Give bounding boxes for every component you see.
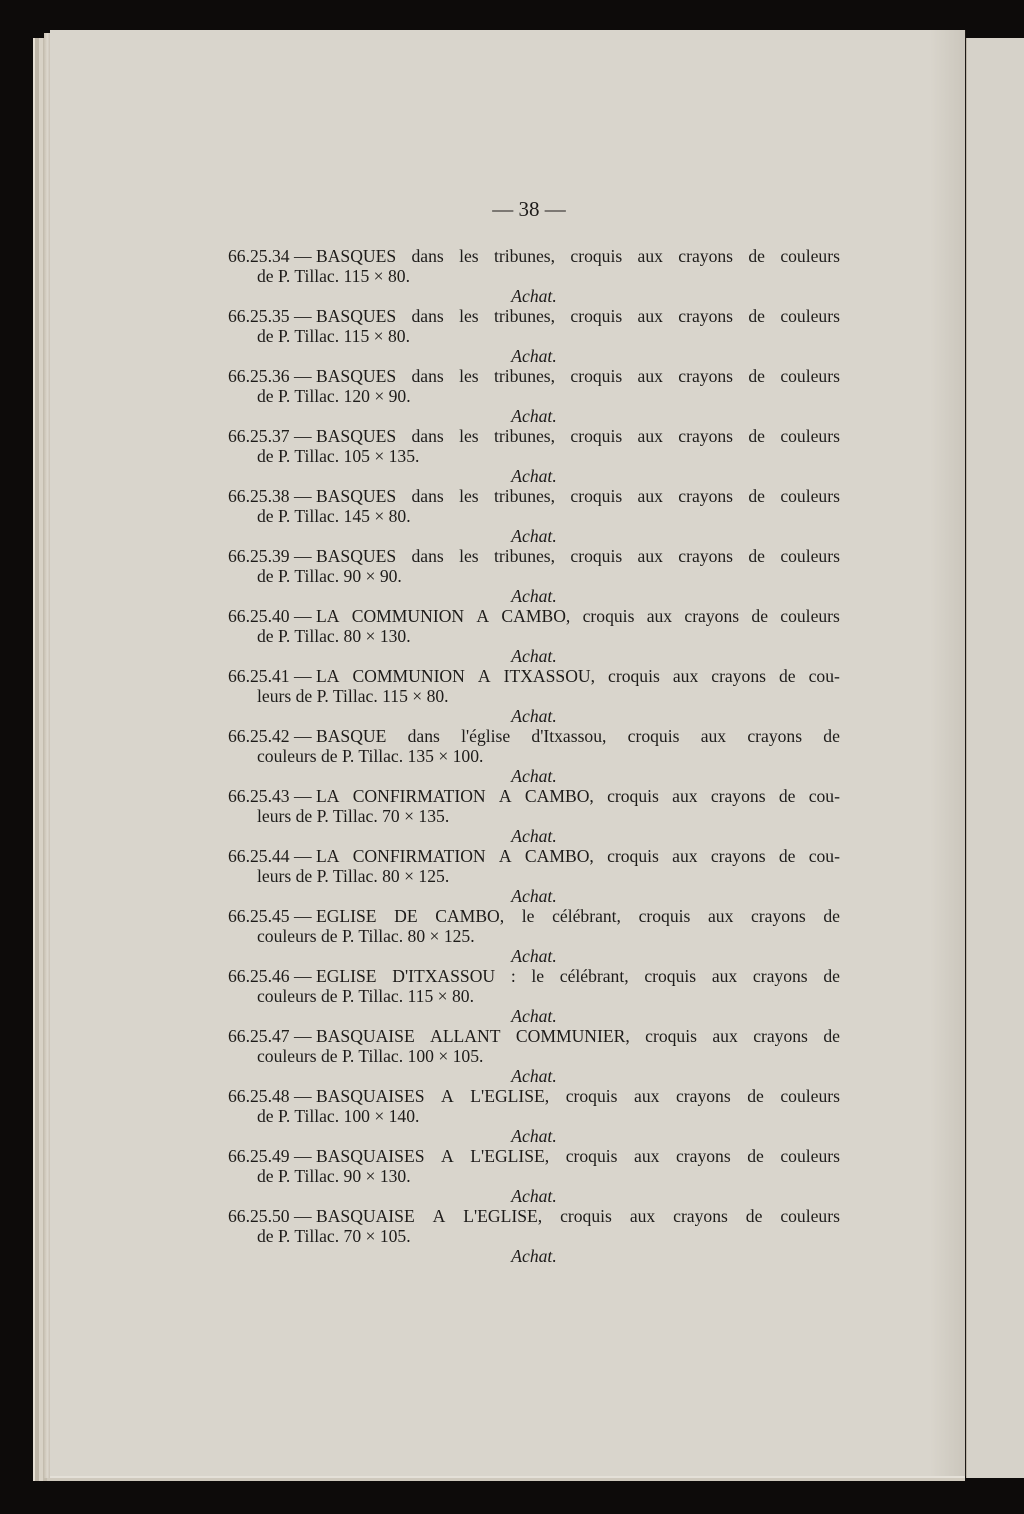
entry-word: couleurs — [780, 546, 840, 566]
entry-word: COMMUNIER, — [516, 1026, 630, 1046]
entry-acquisition: Achat. — [228, 586, 840, 606]
entry-word: tribunes, — [494, 246, 555, 266]
entry-first-line: 66.25.37 — BASQUESdanslestribunes,croqui… — [228, 426, 840, 446]
entry-word: le — [531, 966, 544, 986]
entry-word: croquis — [570, 246, 622, 266]
entry-word: croquis — [570, 426, 622, 446]
entry-word: dans — [411, 546, 443, 566]
entry-word: de — [823, 726, 840, 746]
entry-acquisition: Achat. — [228, 346, 840, 366]
entry-word: cou- — [809, 786, 840, 806]
entry-list: 66.25.34 — BASQUESdanslestribunes,croqui… — [228, 246, 840, 1266]
entry-word: crayons — [678, 486, 733, 506]
entry-word: aux — [712, 1026, 737, 1046]
entry-word: tribunes, — [494, 366, 555, 386]
entry-acquisition: Achat. — [228, 526, 840, 546]
entry-word: célébrant, — [560, 966, 629, 986]
entry-word: dans — [411, 246, 443, 266]
entry-first-line: 66.25.38 — BASQUESdanslestribunes,croqui… — [228, 486, 840, 506]
facing-page-edge — [966, 38, 1024, 1478]
entry-first-line: 66.25.49 — BASQUAISESAL'EGLISE,croquisau… — [228, 1146, 840, 1166]
entry-acquisition: Achat. — [228, 1186, 840, 1206]
entry-word: L'EGLISE, — [463, 1206, 542, 1226]
entry-word: couleurs — [780, 306, 840, 326]
entry-word: couleurs — [780, 1206, 840, 1226]
entry-description: 66.25.36 — BASQUESdanslestribunes,croqui… — [228, 366, 840, 406]
entry-word: croquis — [570, 366, 622, 386]
entry-word: ITXASSOU, — [504, 666, 595, 686]
entry-word: dans — [411, 426, 443, 446]
entry-first-line: 66.25.50 — BASQUAISEAL'EGLISE,croquisaux… — [228, 1206, 840, 1226]
entry-description: 66.25.49 — BASQUAISESAL'EGLISE,croquisau… — [228, 1146, 840, 1186]
entry-word: 66.25.34 — BASQUES — [228, 246, 396, 266]
entry-word: crayons — [753, 1026, 808, 1046]
entry-word: célébrant, — [552, 906, 621, 926]
entry-word: croquis — [645, 1026, 697, 1046]
catalogue-entry: 66.25.45 — EGLISEDECAMBO,lecélébrant,cro… — [228, 906, 840, 966]
entry-word: crayons — [711, 786, 766, 806]
catalogue-content: — 38 — 66.25.34 — BASQUESdanslestribunes… — [228, 194, 840, 1266]
entry-word: CONFIRMATION — [353, 786, 486, 806]
entry-word: A — [441, 1086, 454, 1106]
entry-word: cou- — [809, 846, 840, 866]
entry-word: aux — [638, 426, 663, 446]
entry-word: 66.25.36 — BASQUES — [228, 366, 396, 386]
entry-word: croquis — [608, 666, 660, 686]
entry-word: L'EGLISE, — [470, 1146, 549, 1166]
entry-word: les — [459, 366, 479, 386]
entry-word: les — [459, 486, 479, 506]
entry-word: de — [748, 486, 765, 506]
entry-acquisition: Achat. — [228, 646, 840, 666]
entry-word: crayons — [678, 306, 733, 326]
entry-word: A — [499, 786, 512, 806]
entry-word: 66.25.41 — LA — [228, 666, 339, 686]
entry-description: 66.25.40 — LACOMMUNIONACAMBO,croquisauxc… — [228, 606, 840, 646]
entry-word: CAMBO, — [525, 786, 594, 806]
entry-word: de — [779, 666, 796, 686]
catalogue-entry: 66.25.42 — BASQUEdansl'églised'Itxassou,… — [228, 726, 840, 786]
entry-second-line: couleurs de P. Tillac. 135 × 100. — [228, 746, 840, 766]
entry-word: CONFIRMATION — [353, 846, 486, 866]
catalogue-entry: 66.25.34 — BASQUESdanslestribunes,croqui… — [228, 246, 840, 306]
entry-first-line: 66.25.48 — BASQUAISESAL'EGLISE,croquisau… — [228, 1086, 840, 1106]
catalogue-entry: 66.25.50 — BASQUAISEAL'EGLISE,croquisaux… — [228, 1206, 840, 1266]
entry-first-line: 66.25.47 — BASQUAISEALLANTCOMMUNIER,croq… — [228, 1026, 840, 1046]
entry-word: croquis — [570, 306, 622, 326]
entry-word: crayons — [684, 606, 739, 626]
catalogue-entry: 66.25.47 — BASQUAISEALLANTCOMMUNIER,croq… — [228, 1026, 840, 1086]
entry-word: dans — [411, 486, 443, 506]
entry-acquisition: Achat. — [228, 406, 840, 426]
entry-word: croquis — [583, 606, 635, 626]
entry-word: 66.25.37 — BASQUES — [228, 426, 396, 446]
entry-word: de — [748, 426, 765, 446]
entry-word: crayons — [751, 906, 806, 926]
entry-word: crayons — [711, 846, 766, 866]
entry-word: aux — [673, 666, 698, 686]
entry-first-line: 66.25.36 — BASQUESdanslestribunes,croqui… — [228, 366, 840, 386]
entry-acquisition: Achat. — [228, 1066, 840, 1086]
entry-acquisition: Achat. — [228, 886, 840, 906]
entry-word: couleurs — [780, 366, 840, 386]
entry-description: 66.25.50 — BASQUAISEAL'EGLISE,croquisaux… — [228, 1206, 840, 1246]
entry-description: 66.25.47 — BASQUAISEALLANTCOMMUNIER,croq… — [228, 1026, 840, 1066]
entry-word: crayons — [753, 966, 808, 986]
entry-word: dans — [408, 726, 440, 746]
entry-word: A — [433, 1206, 446, 1226]
entry-word: couleurs — [780, 486, 840, 506]
entry-word: L'EGLISE, — [470, 1086, 549, 1106]
entry-word: 66.25.48 — BASQUAISES — [228, 1086, 425, 1106]
entry-word: crayons — [678, 546, 733, 566]
entry-word: 66.25.38 — BASQUES — [228, 486, 396, 506]
entry-description: 66.25.38 — BASQUESdanslestribunes,croqui… — [228, 486, 840, 526]
entry-word: crayons — [676, 1086, 731, 1106]
entry-word: croquis — [570, 546, 622, 566]
entry-first-line: 66.25.44 — LACONFIRMATIONACAMBO,croquisa… — [228, 846, 840, 866]
entry-word: les — [459, 306, 479, 326]
entry-word: 66.25.46 — EGLISE — [228, 966, 377, 986]
entry-word: de — [748, 546, 765, 566]
entry-description: 66.25.34 — BASQUESdanslestribunes,croqui… — [228, 246, 840, 286]
entry-word: couleurs — [780, 246, 840, 266]
entry-second-line: de P. Tillac. 145 × 80. — [228, 506, 840, 526]
entry-word: tribunes, — [494, 546, 555, 566]
entry-word: aux — [638, 306, 663, 326]
entry-word: dans — [411, 366, 443, 386]
entry-word: CAMBO, — [435, 906, 504, 926]
entry-word: de — [751, 606, 768, 626]
entry-second-line: de P. Tillac. 105 × 135. — [228, 446, 840, 466]
entry-word: aux — [638, 246, 663, 266]
entry-word: DE — [394, 906, 417, 926]
entry-second-line: de P. Tillac. 90 × 130. — [228, 1166, 840, 1186]
entry-word: ALLANT — [430, 1026, 500, 1046]
entry-word: de — [823, 1026, 840, 1046]
entry-first-line: 66.25.39 — BASQUESdanslestribunes,croqui… — [228, 546, 840, 566]
entry-word: aux — [647, 606, 672, 626]
entry-word: tribunes, — [494, 426, 555, 446]
entry-word: de — [748, 306, 765, 326]
entry-word: aux — [712, 966, 737, 986]
entry-word: A — [441, 1146, 454, 1166]
entry-word: croquis — [560, 1206, 612, 1226]
entry-acquisition: Achat. — [228, 1006, 840, 1026]
entry-word: aux — [672, 786, 697, 806]
entry-word: A — [478, 666, 491, 686]
catalogue-entry: 66.25.49 — BASQUAISESAL'EGLISE,croquisau… — [228, 1146, 840, 1206]
entry-word: l'église — [461, 726, 510, 746]
entry-first-line: 66.25.46 — EGLISED'ITXASSOU:lecélébrant,… — [228, 966, 840, 986]
entry-word: les — [459, 246, 479, 266]
entry-word: crayons — [711, 666, 766, 686]
catalogue-entry: 66.25.36 — BASQUESdanslestribunes,croqui… — [228, 366, 840, 426]
entry-second-line: de P. Tillac. 80 × 130. — [228, 626, 840, 646]
entry-description: 66.25.41 — LACOMMUNIONAITXASSOU,croquisa… — [228, 666, 840, 706]
entry-acquisition: Achat. — [228, 826, 840, 846]
entry-word: couleurs — [780, 426, 840, 446]
entry-description: 66.25.39 — BASQUESdanslestribunes,croqui… — [228, 546, 840, 586]
entry-word: de — [748, 366, 765, 386]
entry-word: de — [779, 786, 796, 806]
entry-first-line: 66.25.40 — LACOMMUNIONACAMBO,croquisauxc… — [228, 606, 840, 626]
entry-second-line: de P. Tillac. 115 × 80. — [228, 266, 840, 286]
entry-word: de — [747, 1146, 764, 1166]
catalogue-entry: 66.25.38 — BASQUESdanslestribunes,croqui… — [228, 486, 840, 546]
catalogue-entry: 66.25.40 — LACOMMUNIONACAMBO,croquisauxc… — [228, 606, 840, 666]
entry-word: aux — [701, 726, 726, 746]
entry-second-line: de P. Tillac. 70 × 105. — [228, 1226, 840, 1246]
entry-word: 66.25.47 — BASQUAISE — [228, 1026, 415, 1046]
entry-word: cou- — [809, 666, 840, 686]
catalogue-entry: 66.25.44 — LACONFIRMATIONACAMBO,croquisa… — [228, 846, 840, 906]
entry-acquisition: Achat. — [228, 1246, 840, 1266]
entry-word: les — [459, 426, 479, 446]
entry-word: couleurs — [780, 1146, 840, 1166]
entry-word: tribunes, — [494, 486, 555, 506]
entry-word: aux — [638, 486, 663, 506]
entry-word: croquis — [566, 1146, 618, 1166]
entry-word: : — [511, 966, 516, 986]
entry-word: dans — [411, 306, 443, 326]
entry-first-line: 66.25.42 — BASQUEdansl'églised'Itxassou,… — [228, 726, 840, 746]
entry-word: 66.25.50 — BASQUAISE — [228, 1206, 415, 1226]
entry-description: 66.25.48 — BASQUAISESAL'EGLISE,croquisau… — [228, 1086, 840, 1126]
entry-word: crayons — [676, 1146, 731, 1166]
entry-word: d'Itxassou, — [531, 726, 606, 746]
entry-first-line: 66.25.43 — LACONFIRMATIONACAMBO,croquisa… — [228, 786, 840, 806]
catalogue-entry: 66.25.35 — BASQUESdanslestribunes,croqui… — [228, 306, 840, 366]
entry-second-line: couleurs de P. Tillac. 80 × 125. — [228, 926, 840, 946]
gutter-shadow — [930, 30, 966, 1476]
entry-description: 66.25.43 — LACONFIRMATIONACAMBO,croquisa… — [228, 786, 840, 826]
entry-word: de — [748, 246, 765, 266]
entry-second-line: de P. Tillac. 120 × 90. — [228, 386, 840, 406]
entry-word: crayons — [678, 426, 733, 446]
entry-word: 66.25.44 — LA — [228, 846, 339, 866]
entry-first-line: 66.25.34 — BASQUESdanslestribunes,croqui… — [228, 246, 840, 266]
catalogue-entry: 66.25.39 — BASQUESdanslestribunes,croqui… — [228, 546, 840, 606]
entry-word: les — [459, 546, 479, 566]
entry-word: de — [823, 906, 840, 926]
entry-second-line: leurs de P. Tillac. 115 × 80. — [228, 686, 840, 706]
entry-acquisition: Achat. — [228, 466, 840, 486]
entry-description: 66.25.35 — BASQUESdanslestribunes,croqui… — [228, 306, 840, 346]
catalogue-entry: 66.25.41 — LACOMMUNIONAITXASSOU,croquisa… — [228, 666, 840, 726]
entry-word: crayons — [678, 366, 733, 386]
entry-second-line: leurs de P. Tillac. 80 × 125. — [228, 866, 840, 886]
entry-second-line: de P. Tillac. 90 × 90. — [228, 566, 840, 586]
entry-word: 66.25.39 — BASQUES — [228, 546, 396, 566]
entry-description: 66.25.42 — BASQUEdansl'églised'Itxassou,… — [228, 726, 840, 766]
catalogue-entry: 66.25.37 — BASQUESdanslestribunes,croqui… — [228, 426, 840, 486]
entry-first-line: 66.25.45 — EGLISEDECAMBO,lecélébrant,cro… — [228, 906, 840, 926]
page-number: — 38 — — [218, 194, 840, 224]
entry-description: 66.25.37 — BASQUESdanslestribunes,croqui… — [228, 426, 840, 466]
entry-word: aux — [638, 546, 663, 566]
entry-word: croquis — [607, 786, 659, 806]
entry-word: croquis — [628, 726, 680, 746]
entry-word: croquis — [644, 966, 696, 986]
entry-description: 66.25.46 — EGLISED'ITXASSOU:lecélébrant,… — [228, 966, 840, 1006]
entry-second-line: couleurs de P. Tillac. 115 × 80. — [228, 986, 840, 1006]
entry-word: 66.25.43 — LA — [228, 786, 339, 806]
entry-word: A — [499, 846, 512, 866]
catalogue-entry: 66.25.48 — BASQUAISESAL'EGLISE,croquisau… — [228, 1086, 840, 1146]
entry-word: COMMUNION — [352, 666, 464, 686]
entry-word: aux — [630, 1206, 655, 1226]
entry-first-line: 66.25.41 — LACOMMUNIONAITXASSOU,croquisa… — [228, 666, 840, 686]
entry-word: CAMBO, — [525, 846, 594, 866]
entry-word: COMMUNION — [352, 606, 464, 626]
entry-word: de — [747, 1086, 764, 1106]
entry-word: couleurs — [780, 1086, 840, 1106]
catalogue-entry: 66.25.43 — LACONFIRMATIONACAMBO,croquisa… — [228, 786, 840, 846]
entry-word: 66.25.42 — BASQUE — [228, 726, 386, 746]
entry-word: D'ITXASSOU — [392, 966, 495, 986]
entry-word: 66.25.40 — LA — [228, 606, 339, 626]
entry-acquisition: Achat. — [228, 766, 840, 786]
entry-word: croquis — [570, 486, 622, 506]
entry-word: le — [522, 906, 535, 926]
entry-word: 66.25.49 — BASQUAISES — [228, 1146, 425, 1166]
entry-word: crayons — [678, 246, 733, 266]
entry-acquisition: Achat. — [228, 286, 840, 306]
entry-word: de — [779, 846, 796, 866]
entry-word: aux — [638, 366, 663, 386]
entry-word: aux — [672, 846, 697, 866]
entry-second-line: de P. Tillac. 115 × 80. — [228, 326, 840, 346]
entry-word: croquis — [566, 1086, 618, 1106]
entry-description: 66.25.44 — LACONFIRMATIONACAMBO,croquisa… — [228, 846, 840, 886]
catalogue-entry: 66.25.46 — EGLISED'ITXASSOU:lecélébrant,… — [228, 966, 840, 1026]
entry-word: crayons — [673, 1206, 728, 1226]
entry-word: 66.25.45 — EGLISE — [228, 906, 377, 926]
entry-word: 66.25.35 — BASQUES — [228, 306, 396, 326]
entry-first-line: 66.25.35 — BASQUESdanslestribunes,croqui… — [228, 306, 840, 326]
entry-word: couleurs — [780, 606, 840, 626]
entry-second-line: couleurs de P. Tillac. 100 × 105. — [228, 1046, 840, 1066]
entry-description: 66.25.45 — EGLISEDECAMBO,lecélébrant,cro… — [228, 906, 840, 946]
entry-word: crayons — [747, 726, 802, 746]
entry-acquisition: Achat. — [228, 946, 840, 966]
entry-word: de — [746, 1206, 763, 1226]
entry-word: CAMBO, — [501, 606, 570, 626]
entry-word: aux — [634, 1146, 659, 1166]
entry-second-line: de P. Tillac. 100 × 140. — [228, 1106, 840, 1126]
entry-word: aux — [708, 906, 733, 926]
entry-word: aux — [634, 1086, 659, 1106]
entry-word: de — [823, 966, 840, 986]
entry-acquisition: Achat. — [228, 706, 840, 726]
entry-word: tribunes, — [494, 306, 555, 326]
entry-second-line: leurs de P. Tillac. 70 × 135. — [228, 806, 840, 826]
entry-word: croquis — [607, 846, 659, 866]
entry-word: croquis — [639, 906, 691, 926]
entry-acquisition: Achat. — [228, 1126, 840, 1146]
entry-word: A — [476, 606, 489, 626]
